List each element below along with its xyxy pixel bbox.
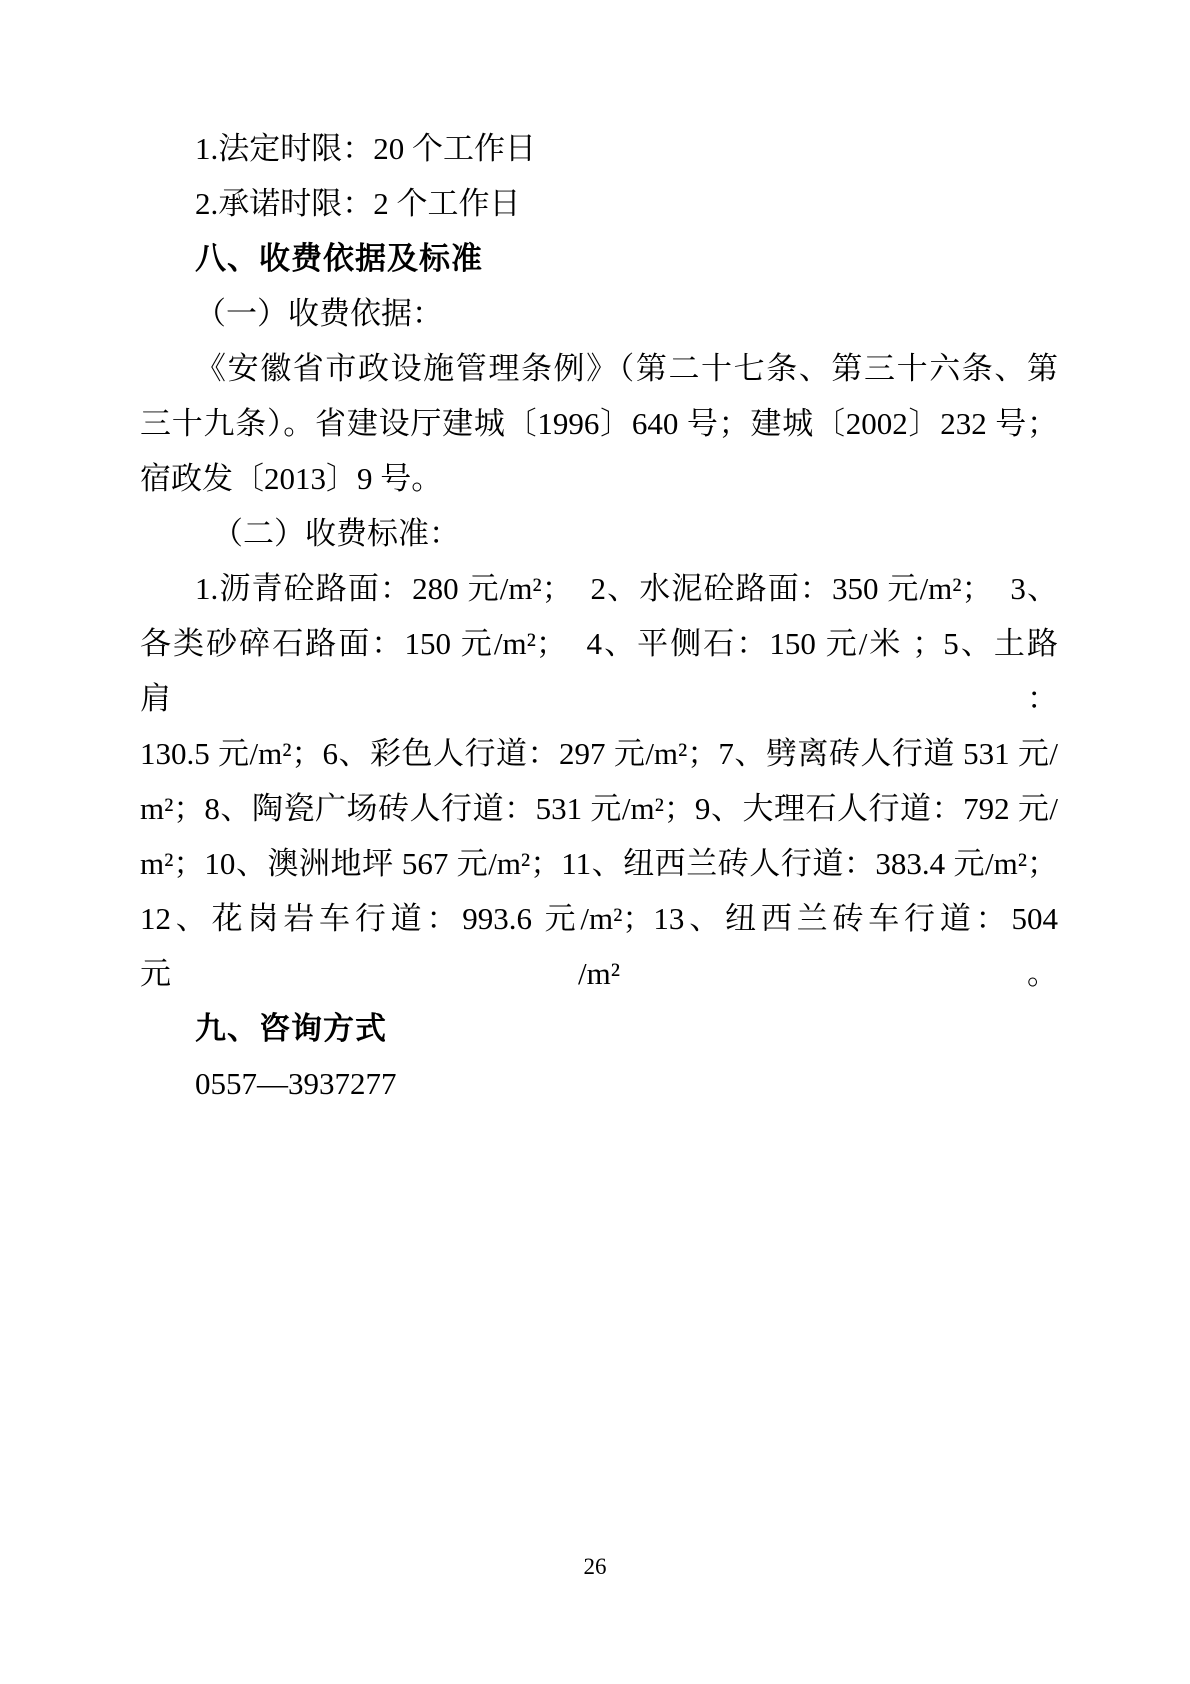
fee-standard-line-1: 1.沥青砼路面：280 元/m²； 2、水泥砼路面：350 元/m²； 3、 xyxy=(140,561,1058,616)
fee-basis-line-2: 三十九条）。省建设厅建城〔1996〕640 号；建城〔2002〕232 号； xyxy=(140,396,1058,451)
fee-basis-line-3: 宿政发〔2013〕9 号。 xyxy=(140,451,1058,506)
document-page: 1.法定时限：20 个工作日 2.承诺时限：2 个工作日 八、收费依据及标准 （… xyxy=(0,0,1190,1684)
statutory-time-limit-line: 1.法定时限：20 个工作日 xyxy=(140,121,1058,176)
fee-standard-line-5: m²；10、澳洲地坪 567 元/m²；11、纽西兰砖人行道：383.4 元/m… xyxy=(140,836,1058,891)
document-body: 1.法定时限：20 个工作日 2.承诺时限：2 个工作日 八、收费依据及标准 （… xyxy=(140,121,1058,1111)
consult-phone-number: 0557—3937277 xyxy=(140,1056,1058,1111)
fee-basis-line-1: 《安徽省市政设施管理条例》（第二十七条、第三十六条、第 xyxy=(140,341,1058,396)
fee-standard-subheading: （二）收费标准： xyxy=(140,506,1058,561)
fee-standard-line-3: 130.5 元/m²；6、彩色人行道：297 元/m²；7、劈离砖人行道 531… xyxy=(140,726,1058,781)
fee-basis-subheading: （一）收费依据： xyxy=(140,286,1058,341)
page-number: 26 xyxy=(0,1552,1190,1582)
fee-standard-line-4: m²；8、陶瓷广场砖人行道：531 元/m²；9、大理石人行道：792 元/ xyxy=(140,781,1058,836)
fee-standard-line-2: 各类砂碎石路面：150 元/m²； 4、平侧石：150 元/米 ；5、土路肩： xyxy=(140,616,1058,726)
section-8-heading: 八、收费依据及标准 xyxy=(140,231,1058,286)
promised-time-limit-line: 2.承诺时限：2 个工作日 xyxy=(140,176,1058,231)
fee-standard-line-6: 12、花岗岩车行道：993.6 元/m²；13、纽西兰砖车行道：504 元/m²… xyxy=(140,891,1058,1001)
section-9-heading: 九、咨询方式 xyxy=(140,1001,1058,1056)
